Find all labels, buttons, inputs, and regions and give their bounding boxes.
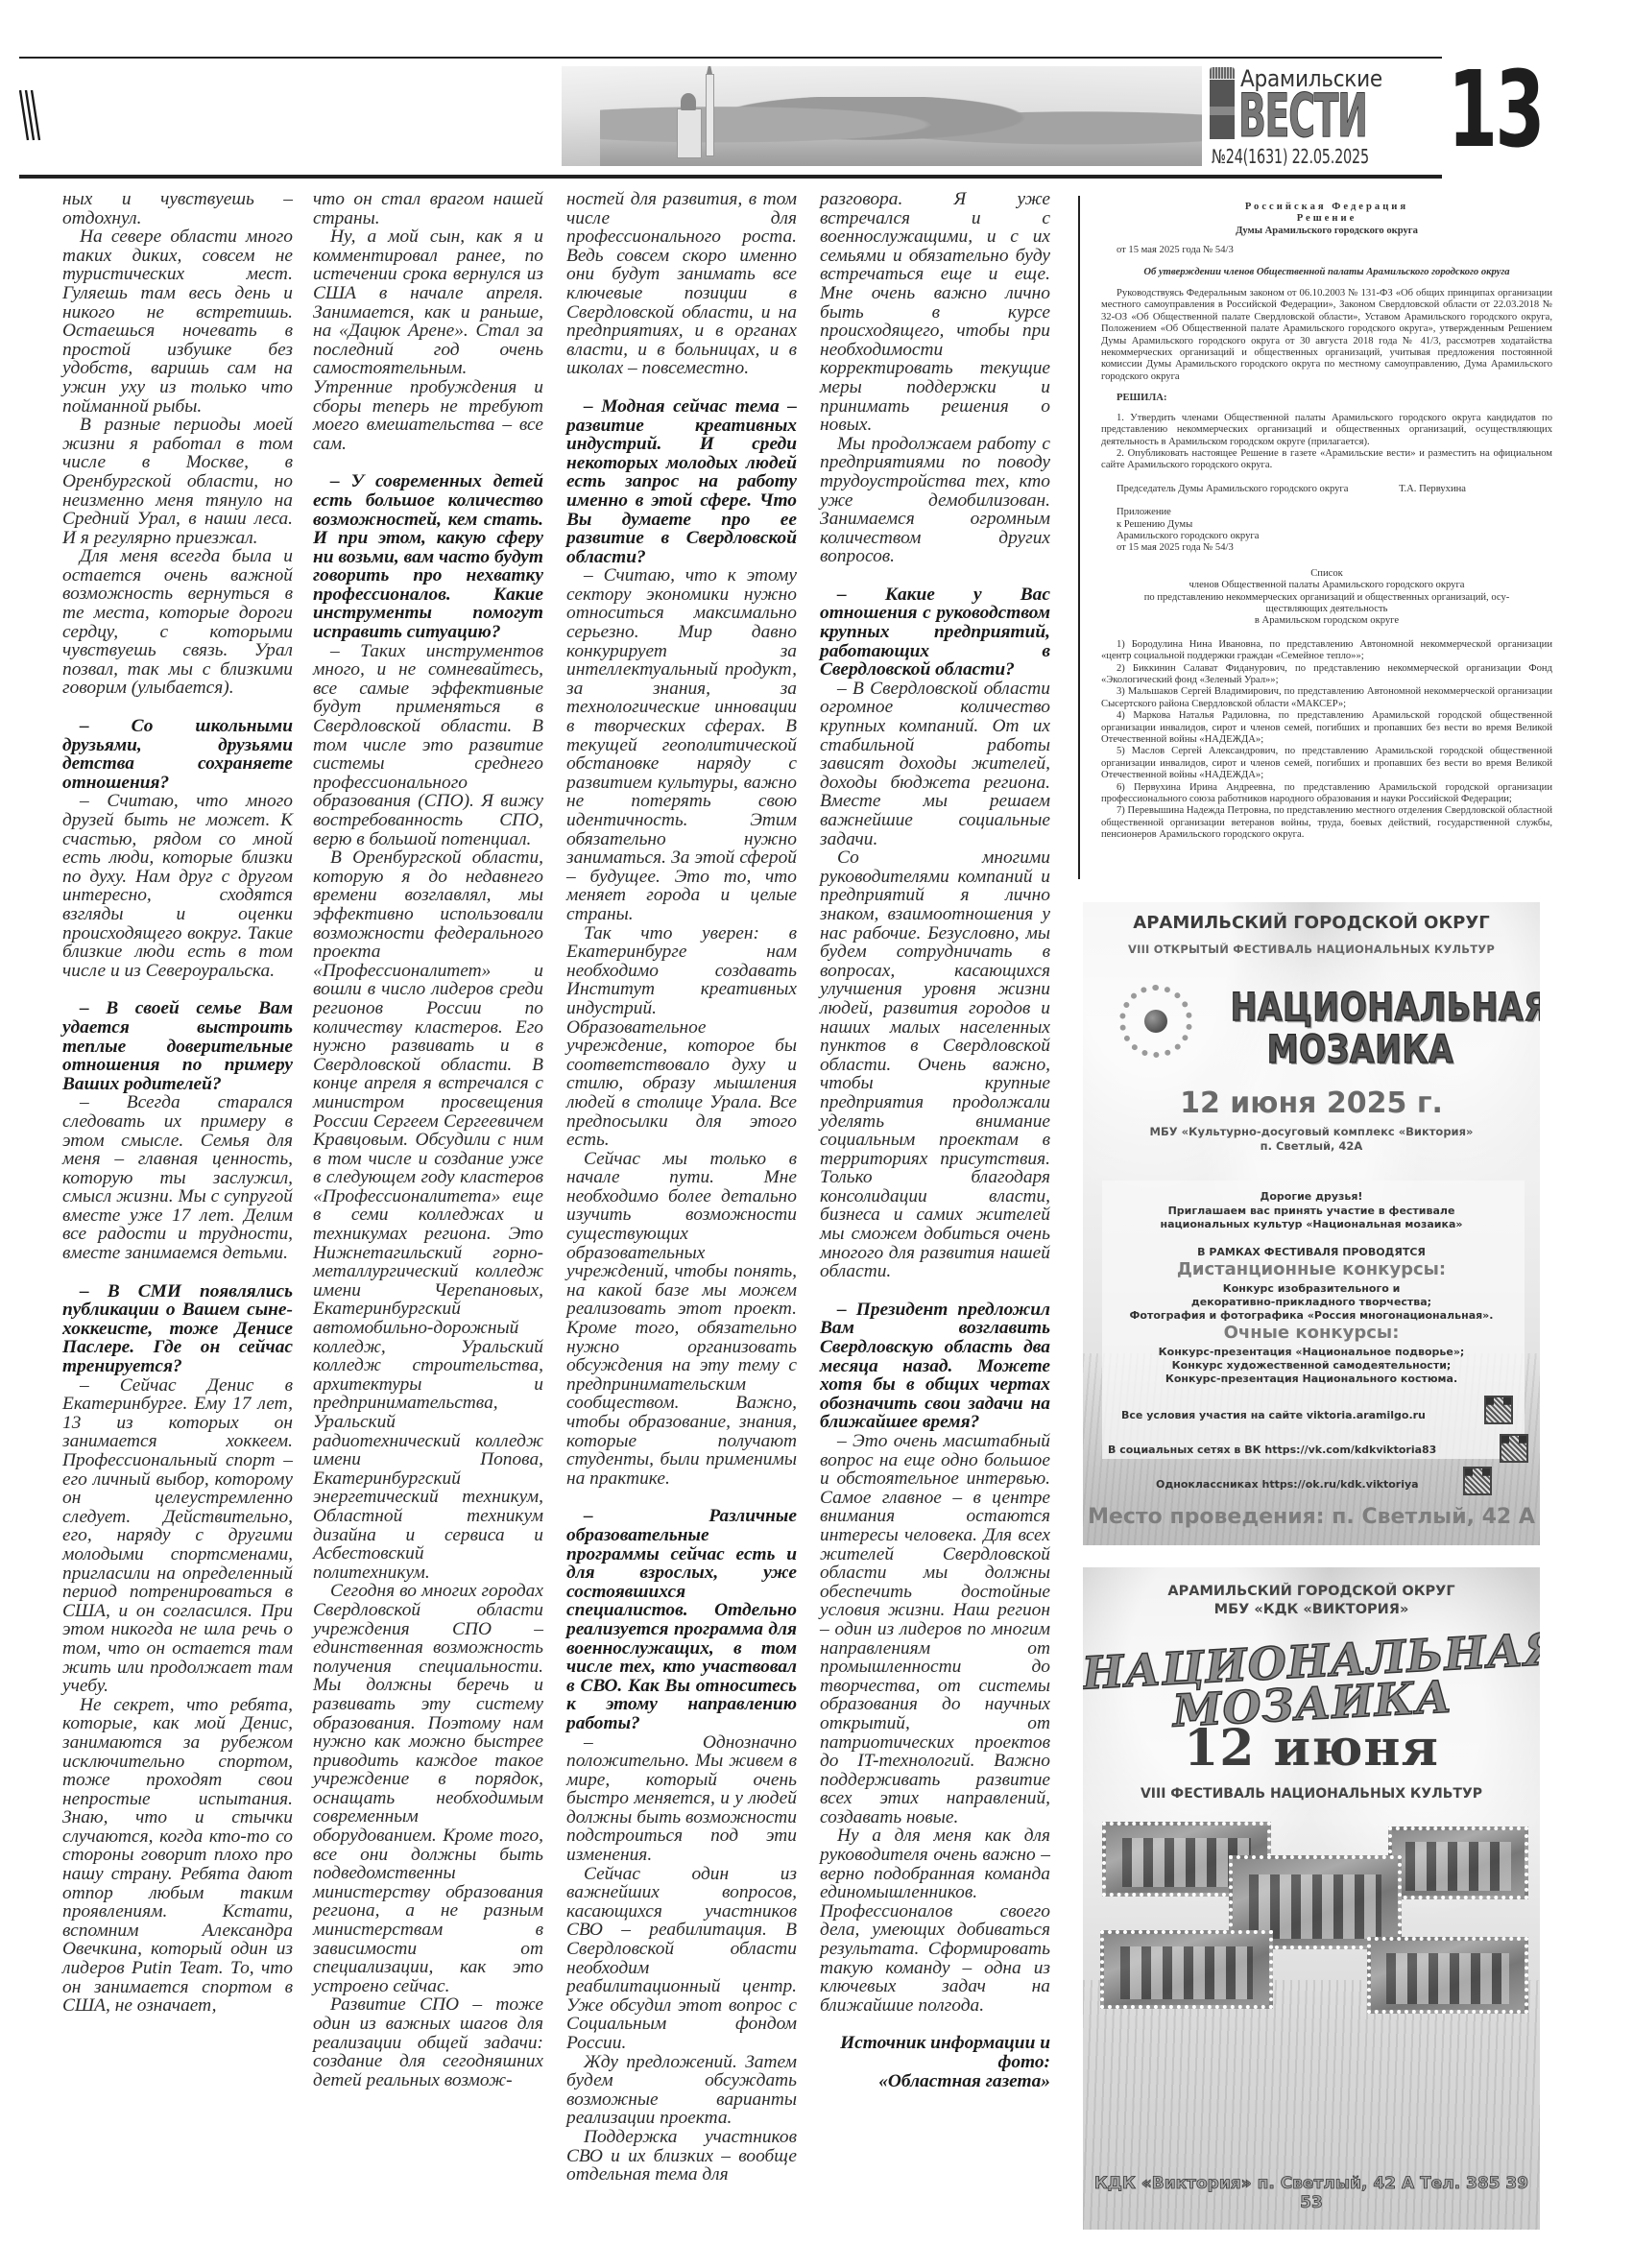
article-paragraph: – Сейчас Денис в Екатеринбурге. Ему 17 л… xyxy=(62,1376,293,1696)
poster2-org: МБУ «КДК «ВИКТОРИЯ» xyxy=(1083,1601,1540,1619)
issue-number-date: №24(1631) 22.05.2025 xyxy=(1212,145,1369,168)
members-list-title: Список членов Общественной палаты Арамил… xyxy=(1101,568,1552,628)
source-label: Источник информации и фото: xyxy=(820,2034,1050,2071)
festival-globe-emblem-icon xyxy=(1119,985,1192,1058)
article-paragraph: На севере области много таких диких, сов… xyxy=(62,227,293,416)
triple-slash-ornament-icon xyxy=(19,88,42,142)
list-title-line: по представлению некоммерческих организа… xyxy=(1101,592,1552,604)
duma-decision: Российская Федерация Решение Думы Арамил… xyxy=(1078,196,1562,879)
remote-contests-list: Конкурс изобразительного и декоративно-п… xyxy=(1083,1282,1540,1323)
decision-item: 1. Утвердить членами Общественной палаты… xyxy=(1101,413,1552,448)
ok-link[interactable]: Одноклассниках https://ok.ru/kdk.viktori… xyxy=(1156,1478,1419,1491)
poster1-place: Место проведения: п. Светлый, 42 А xyxy=(1083,1505,1540,1529)
interview-question: – В своей семье Вам удается выстроить те… xyxy=(62,999,293,1093)
decision-preamble: Руководствуясь Федеральным законом от 06… xyxy=(1101,288,1552,383)
contest-item: Конкурс изобразительного и xyxy=(1083,1282,1540,1296)
article-paragraph: В Оренбургской области, которую я до нед… xyxy=(313,848,543,1582)
list-title-line: в Арамильском городском округе xyxy=(1101,615,1552,627)
qr-code-icon xyxy=(1484,1396,1513,1424)
festival-poster-1: АРАМИЛЬСКИЙ ГОРОДСКОЙ ОКРУГ VIII ОТКРЫТЫ… xyxy=(1083,902,1540,1545)
poster2-festival: VIII ФЕСТИВАЛЬ НАЦИОНАЛЬНЫХ КУЛЬТУР xyxy=(1083,1786,1540,1802)
article-paragraph: Мы продолжаем работу с предприятиями по … xyxy=(820,435,1050,566)
signature-title: Председатель Думы Арамильского городског… xyxy=(1117,484,1348,495)
invite-line: Приглашаем вас принять участие в фестива… xyxy=(1083,1205,1540,1219)
article-paragraph: ностей для развития, в том числе для про… xyxy=(566,190,797,378)
article-paragraph: Сегодня во многих городах Свердловской о… xyxy=(313,1582,543,1995)
poster2-header: АРАМИЛЬСКИЙ ГОРОДСКОЙ ОКРУГ МБУ «КДК «ВИ… xyxy=(1083,1583,1540,1619)
poster1-festival: VIII ОТКРЫТЫЙ ФЕСТИВАЛЬ НАЦИОНАЛЬНЫХ КУЛ… xyxy=(1083,943,1540,956)
poster2-district: АРАМИЛЬСКИЙ ГОРОДСКОЙ ОКРУГ xyxy=(1083,1583,1540,1601)
article-paragraph: Ну, а мой сын, как я и комментировал ран… xyxy=(313,227,543,453)
city-emblem-icon xyxy=(1210,67,1235,139)
poster1-title-line1: НАЦИОНАЛЬНАЯ xyxy=(1231,987,1491,1029)
article-paragraph: Жду предложений. Затем будем обсуждать в… xyxy=(566,2053,797,2128)
decision-subject: Об утверждении членов Общественной палат… xyxy=(1101,267,1552,278)
article-paragraph: ных и чувствуешь – отдохнул. xyxy=(62,190,293,227)
poster1-within: В РАМКАХ ФЕСТИВАЛЯ ПРОВОДЯТСЯ xyxy=(1083,1246,1540,1258)
masthead-top-rule xyxy=(19,57,1442,59)
contest-item: Конкурс-презентация Национального костюм… xyxy=(1083,1373,1540,1386)
decision-issuer: Думы Арамильского городского округа xyxy=(1101,226,1552,237)
article-column-2: что он стал врагом нашей страны.Ну, а мо… xyxy=(313,190,543,2089)
list-title-line: членов Общественной палаты Арамильского … xyxy=(1101,580,1552,591)
contest-item: декоративно-прикладного творчества; xyxy=(1083,1296,1540,1309)
member-item: 3) Мальшаков Сергей Владимирович, по пре… xyxy=(1101,686,1552,710)
article-paragraph: Сейчас один из важнейших вопросов, касаю… xyxy=(566,1865,797,2053)
article-paragraph: – Таких инструментов много, и не сомнева… xyxy=(313,642,543,849)
page-number: 13 xyxy=(1448,67,1543,152)
article-paragraph: Для меня всегда была и остается очень ва… xyxy=(62,547,293,698)
member-item: 5) Маслов Сергей Александрович, по предс… xyxy=(1101,746,1552,781)
article-paragraph: Со многими руководителями компаний и пре… xyxy=(820,848,1050,1281)
poster1-invitation: Дорогие друзья! Приглашаем вас принять у… xyxy=(1083,1190,1540,1232)
festival-photo-dance-group xyxy=(1367,1937,1528,2014)
inperson-contests-list: Конкурс-презентация «Национальное подвор… xyxy=(1083,1346,1540,1386)
article-column-1: ных и чувствуешь – отдохнул.На севере об… xyxy=(62,190,293,2016)
venue-line: МБУ «Культурно-досуговый комплекс «Викто… xyxy=(1083,1125,1540,1139)
interview-question: – Какие у Вас отношения с руководством к… xyxy=(820,585,1050,680)
contest-item: Конкурс художественной самодеятельности; xyxy=(1083,1359,1540,1373)
interview-question: – Со школьными друзьями, друзьями детств… xyxy=(62,717,293,792)
members-list: 1) Бородулина Нина Ивановна, по представ… xyxy=(1101,639,1552,842)
member-item: 1) Бородулина Нина Ивановна, по представ… xyxy=(1101,639,1552,663)
interview-question: – У современных детей есть большое колич… xyxy=(313,472,543,641)
article-column-3: ностей для развития, в том числе для про… xyxy=(566,190,797,2184)
newspaper-name-big: ВЕСТИ xyxy=(1238,88,1366,144)
member-item: 4) Маркова Наталья Радиловна, по предста… xyxy=(1101,710,1552,746)
decision-item: 2. Опубликовать настоящее Решение в газе… xyxy=(1101,448,1552,472)
article-paragraph: Сейчас мы только в начале пути. Мне необ… xyxy=(566,1150,797,1489)
masthead: Арамильские ВЕСТИ №24(1631) 22.05.2025 1… xyxy=(0,0,1633,192)
signature-name: Т.А. Первухина xyxy=(1399,484,1466,495)
masthead-bottom-rule xyxy=(19,175,1442,179)
church-photo xyxy=(562,66,1202,166)
poster1-date: 12 июня 2025 г. xyxy=(1083,1086,1540,1120)
festival-photo-choir xyxy=(1388,1826,1528,1899)
interview-question: – В СМИ появлялись публикации о Вашем сы… xyxy=(62,1282,293,1376)
inperson-contests-heading: Очные конкурсы: xyxy=(1083,1323,1540,1343)
poster1-title-line2: МОЗАИКА xyxy=(1231,1029,1491,1071)
qr-code-icon xyxy=(1463,1467,1492,1495)
remote-contests-heading: Дистанционные конкурсы: xyxy=(1083,1259,1540,1279)
article-paragraph: разговора. Я уже встречался и с военносл… xyxy=(820,190,1050,435)
member-item: 2) Биккинин Салават Фиданурович, по пред… xyxy=(1101,663,1552,687)
qr-code-icon xyxy=(1500,1434,1528,1463)
appendix-line: к Решению Думы xyxy=(1117,519,1552,531)
article-paragraph: В разные периоды моей жизни я работал в … xyxy=(62,416,293,547)
article-paragraph: Так что уверен: в Екатеринбурге нам необ… xyxy=(566,924,797,1150)
poster1-venue: МБУ «Культурно-досуговый комплекс «Викто… xyxy=(1083,1125,1540,1154)
contest-item: Фотография и фотографика «Россия многона… xyxy=(1083,1309,1540,1323)
interview-question: – Различные образовательные программы се… xyxy=(566,1507,797,1732)
source-value: «Областная газета» xyxy=(820,2072,1050,2091)
article-paragraph: – Всегда старался следовать их примеру в… xyxy=(62,1093,293,1262)
festival-poster-2: АРАМИЛЬСКИЙ ГОРОДСКОЙ ОКРУГ МБУ «КДК «ВИ… xyxy=(1083,1567,1540,2230)
interview-question: – Модная сейчас тема – развитие креативн… xyxy=(566,397,797,566)
interview-question: – Президент предложил Вам возглавить Све… xyxy=(820,1301,1050,1432)
site-link[interactable]: Все условия участия на сайте viktoria.ar… xyxy=(1121,1409,1426,1421)
poster1-district: АРАМИЛЬСКИЙ ГОРОДСКОЙ ОКРУГ xyxy=(1083,913,1540,933)
poster2-footer: КДК «Виктория» п. Светлый, 42 А Тел. 385… xyxy=(1083,2174,1540,2212)
decision-signature: Председатель Думы Арамильского городског… xyxy=(1101,484,1552,495)
appendix-line: от 15 мая 2025 года № 54/3 xyxy=(1117,542,1552,554)
article-paragraph: что он стал врагом нашей страны. xyxy=(313,190,543,227)
article-column-4: разговора. Я уже встречался и с военносл… xyxy=(820,190,1050,2090)
article-paragraph: Не секрет, что ребята, которые, как мой … xyxy=(62,1696,293,2016)
greeting: Дорогие друзья! xyxy=(1083,1190,1540,1205)
article-paragraph: – Однозначно положительно. Мы живем в ми… xyxy=(566,1733,797,1865)
article-paragraph: – Считаю, что к этому сектору экономики … xyxy=(566,566,797,923)
article-paragraph: Поддержка участников СВО и их близких – … xyxy=(566,2128,797,2184)
appendix-line: Приложение xyxy=(1117,507,1552,518)
member-item: 7) Перевышина Надежда Петровна, по предс… xyxy=(1101,805,1552,841)
article-paragraph: – В Свердловской области огромное количе… xyxy=(820,680,1050,848)
article-paragraph: Развитие СПО – тоже один из важных шагов… xyxy=(313,1995,543,2089)
member-item: 6) Первухина Ирина Андреевна, по предста… xyxy=(1101,782,1552,806)
poster2-date: 12 июня xyxy=(1083,1719,1540,1778)
decision-date: от 15 мая 2025 года № 54/3 xyxy=(1101,245,1552,256)
contest-item: Конкурс-презентация «Национальное подвор… xyxy=(1083,1346,1540,1359)
festival-photo-stand xyxy=(1100,1930,1273,2009)
article-paragraph: Ну а для меня как для руководителя очень… xyxy=(820,1826,1050,2015)
list-title-line: Список xyxy=(1101,568,1552,580)
decision-doc-type: Решение xyxy=(1101,213,1552,225)
article-paragraph: – Это очень масштабный вопрос на еще одн… xyxy=(820,1432,1050,1826)
article-paragraph: – Считаю, что много друзей быть не может… xyxy=(62,792,293,980)
decision-country: Российская Федерация xyxy=(1101,202,1552,213)
poster1-title: НАЦИОНАЛЬНАЯ МОЗАИКА xyxy=(1231,987,1491,1071)
invite-line: национальных культур «Национальная мозаи… xyxy=(1083,1218,1540,1232)
vk-link[interactable]: В социальных сетях в ВК https://vk.com/k… xyxy=(1108,1444,1436,1456)
venue-line: п. Светлый, 42А xyxy=(1083,1139,1540,1154)
list-title-line: ществляющих деятельность xyxy=(1101,604,1552,615)
decision-resolved-label: РЕШИЛА: xyxy=(1101,393,1552,404)
decision-appendix: Приложение к Решению Думы Арамильского г… xyxy=(1101,507,1552,555)
appendix-line: Арамильского городского округа xyxy=(1117,531,1552,542)
